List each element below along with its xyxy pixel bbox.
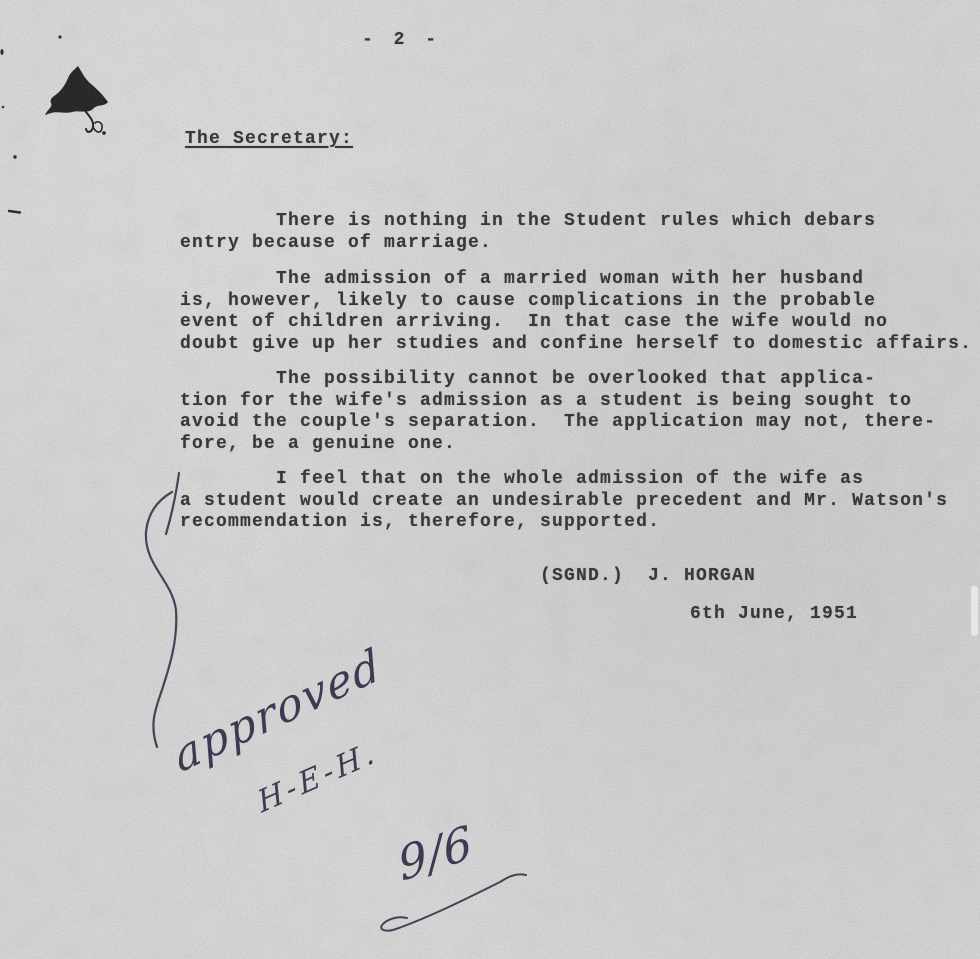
scanned-memo-page: - 2 - The Secretary: There is nothing in…: [0, 0, 980, 959]
ink-speck: [2, 106, 5, 109]
paragraph-3: The possibility cannot be overlooked tha…: [180, 369, 936, 455]
scan-edge-artifact: [971, 586, 978, 636]
page-number: - 2 -: [362, 30, 441, 52]
ink-blot-hook: [93, 122, 102, 132]
ink-speck: [0, 49, 3, 55]
handwritten-date-mark: 9/6: [394, 814, 477, 892]
date-line: 6th June, 1951: [690, 604, 858, 626]
ink-blot-tail: [86, 112, 93, 132]
ink-speck: [13, 155, 16, 158]
ink-blot: [45, 66, 108, 115]
signature-line: (SGND.) J. HORGAN: [540, 566, 756, 588]
salutation: The Secretary:: [185, 129, 353, 151]
handwritten-initials: H-E-H.: [254, 734, 381, 820]
paragraph-1: There is nothing in the Student rules wh…: [180, 211, 876, 254]
paragraph-2: The admission of a married woman with he…: [180, 269, 972, 355]
pen-margin-stroke: [146, 492, 176, 747]
ink-speck: [102, 131, 106, 135]
paragraph-4: I feel that on the whole admission of th…: [180, 469, 948, 534]
pen-margin-tick: [166, 473, 179, 534]
ink-speck: [58, 35, 61, 38]
ink-speck-dash: [9, 211, 20, 213]
